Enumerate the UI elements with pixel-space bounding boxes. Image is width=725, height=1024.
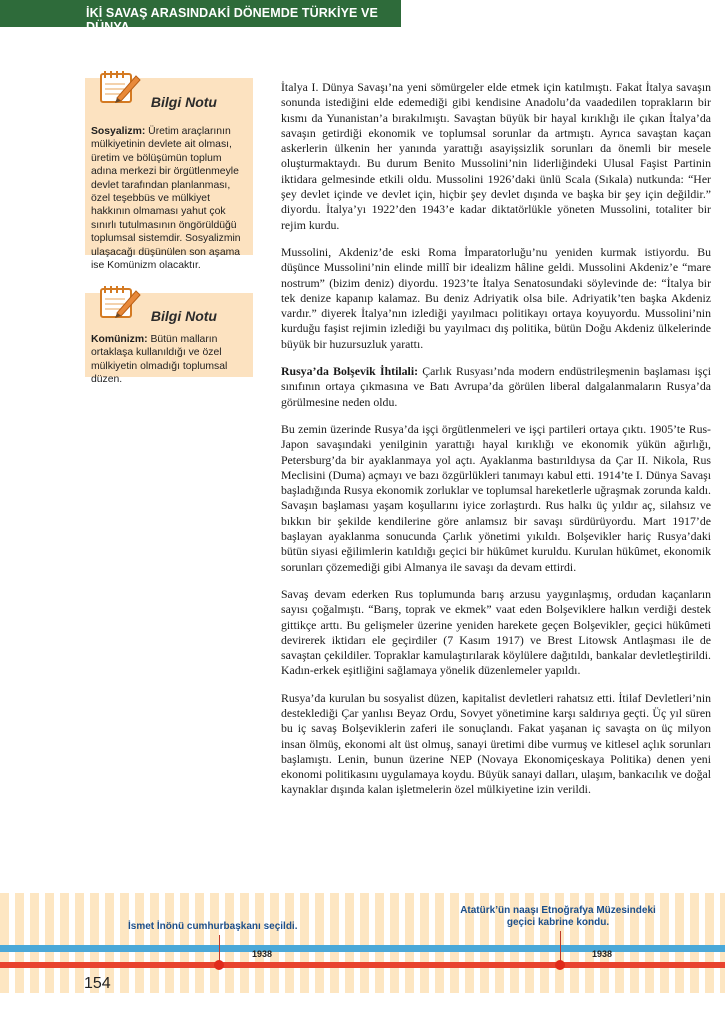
timeline-blue-band — [0, 945, 725, 952]
chapter-header-bar: İKİ SAVAŞ ARASINDAKİ DÖNEMDE TÜRKİYE VE … — [0, 0, 401, 27]
timeline-event-label: Atatürk’ün naaşı Etnoğrafya Müzesindeki … — [458, 905, 658, 929]
note-title: Bilgi Notu — [85, 308, 253, 324]
paragraph-italy: İtalya I. Dünya Savaşı’na yeni sömürgele… — [281, 80, 711, 233]
paragraph-civil-war-nep: Rusya’da kurulan bu sosyalist düzen, kap… — [281, 691, 711, 798]
note-term: Komünizm: — [91, 334, 148, 345]
timeline-marker-dot — [555, 960, 565, 970]
section-heading: Rusya’da Bolşevik İhtilali: — [281, 364, 418, 378]
timeline-year: 1938 — [252, 949, 272, 959]
timeline-red-band — [0, 962, 725, 968]
note-definition: Üretim araçlarının mülkiyetinin devlete … — [91, 126, 241, 271]
main-text-column: İtalya I. Dünya Savaşı’na yeni sömürgele… — [281, 80, 711, 810]
note-body: Sosyalizm: Üretim araçlarının mülkiyetin… — [91, 125, 245, 272]
timeline-strip: İsmet İnönü cumhurbaşkanı seçildi. 1938 … — [0, 893, 725, 1024]
timeline-event-label: İsmet İnönü cumhurbaşkanı seçildi. — [128, 921, 298, 933]
note-body: Komünizm: Bütün malların ortaklaşa kulla… — [91, 333, 245, 387]
page-number: 154 — [84, 975, 111, 993]
note-title: Bilgi Notu — [85, 94, 253, 110]
paragraph-russia-1905-1917: Bu zemin üzerinde Rusya’da işçi örgütlen… — [281, 422, 711, 575]
paragraph-mussolini: Mussolini, Akdeniz’de eski Roma İmparato… — [281, 245, 711, 352]
info-note-communism: Bilgi Notu Komünizm: Bütün malların orta… — [85, 293, 253, 377]
info-note-socialism: Bilgi Notu Sosyalizm: Üretim araçlarının… — [85, 78, 253, 255]
note-term: Sosyalizm: — [91, 126, 145, 137]
chapter-title: İKİ SAVAŞ ARASINDAKİ DÖNEMDE TÜRKİYE VE … — [86, 6, 401, 34]
timeline-marker-dot — [214, 960, 224, 970]
paragraph-bolshevik-intro: Rusya’da Bolşevik İhtilali: Çarlık Rusya… — [281, 364, 711, 410]
timeline-year: 1938 — [592, 949, 612, 959]
paragraph-bolshevik-revolution: Savaş devam ederken Rus toplumunda barış… — [281, 587, 711, 679]
